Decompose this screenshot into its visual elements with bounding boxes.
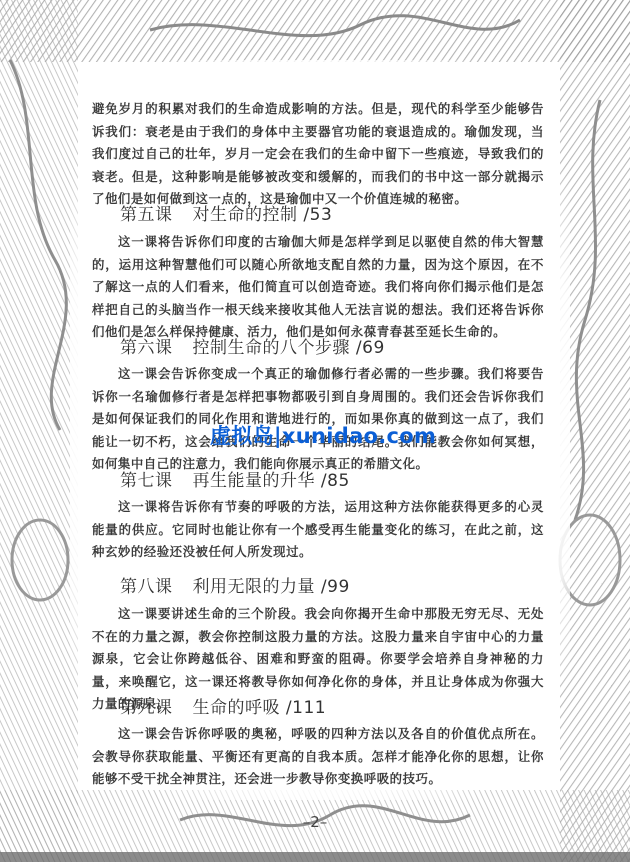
- lesson-number: 第八课: [120, 577, 173, 597]
- watermark-brand: 虚拟岛: [210, 424, 274, 448]
- lesson-title: 再生能量的升华 /85: [193, 471, 350, 491]
- lesson-number: 第五课: [120, 205, 173, 225]
- intro-paragraph: 避免岁月的积累对我们的生命造成影响的方法。但是，现代的科学至少能够告诉我们：衰老…: [92, 98, 544, 211]
- lesson-title: 控制生命的八个步骤 /69: [193, 338, 385, 358]
- lesson-title: 对生命的控制 /53: [193, 205, 333, 225]
- lesson-body-5: 这一课将告诉你们印度的古瑜伽大师是怎样学到足以驱使自然的伟大智慧的，运用这种智慧…: [92, 231, 544, 344]
- watermark: 虚拟岛|xunidao.com: [210, 420, 436, 450]
- lesson-description: 这一课将告诉你们印度的古瑜伽大师是怎样学到足以驱使自然的伟大智慧的，运用这种智慧…: [92, 231, 544, 344]
- lesson-body-7: 这一课将告诉你有节奏的呼吸的方法，运用这种方法你能获得更多的心灵能量的供应。它同…: [92, 496, 544, 564]
- book-page: 避免岁月的积累对我们的生命造成影响的方法。但是，现代的科学至少能够告诉我们：衰老…: [0, 0, 630, 862]
- lesson-description: 这一课将告诉你有节奏的呼吸的方法，运用这种方法你能获得更多的心灵能量的供应。它同…: [92, 496, 544, 564]
- lesson-number: 第六课: [120, 338, 173, 358]
- lesson-number: 第九课: [120, 698, 173, 718]
- lesson-title: 生命的呼吸 /111: [193, 698, 327, 718]
- lesson-number: 第七课: [120, 471, 173, 491]
- watermark-domain: xunidao.com: [282, 424, 436, 448]
- lesson-title: 利用无限的力量 /99: [193, 577, 350, 597]
- watermark-separator: |: [274, 424, 282, 448]
- lesson-body-9: 这一课会告诉你呼吸的奥秘，呼吸的四种方法以及各自的价值优点所在。会教导你获取能量…: [92, 723, 544, 791]
- page-number: –2–: [0, 813, 630, 831]
- intro-paragraph-block: 避免岁月的积累对我们的生命造成影响的方法。但是，现代的科学至少能够告诉我们：衰老…: [92, 98, 544, 211]
- lesson-heading-8: 第八课利用无限的力量 /99: [120, 572, 350, 597]
- lesson-heading-5: 第五课对生命的控制 /53: [120, 200, 332, 225]
- lesson-heading-7: 第七课再生能量的升华 /85: [120, 466, 350, 491]
- lesson-heading-6: 第六课控制生命的八个步骤 /69: [120, 333, 385, 358]
- lesson-description: 这一课会告诉你呼吸的奥秘，呼吸的四种方法以及各自的价值优点所在。会教导你获取能量…: [92, 723, 544, 791]
- lesson-heading-9: 第九课生命的呼吸 /111: [120, 693, 326, 718]
